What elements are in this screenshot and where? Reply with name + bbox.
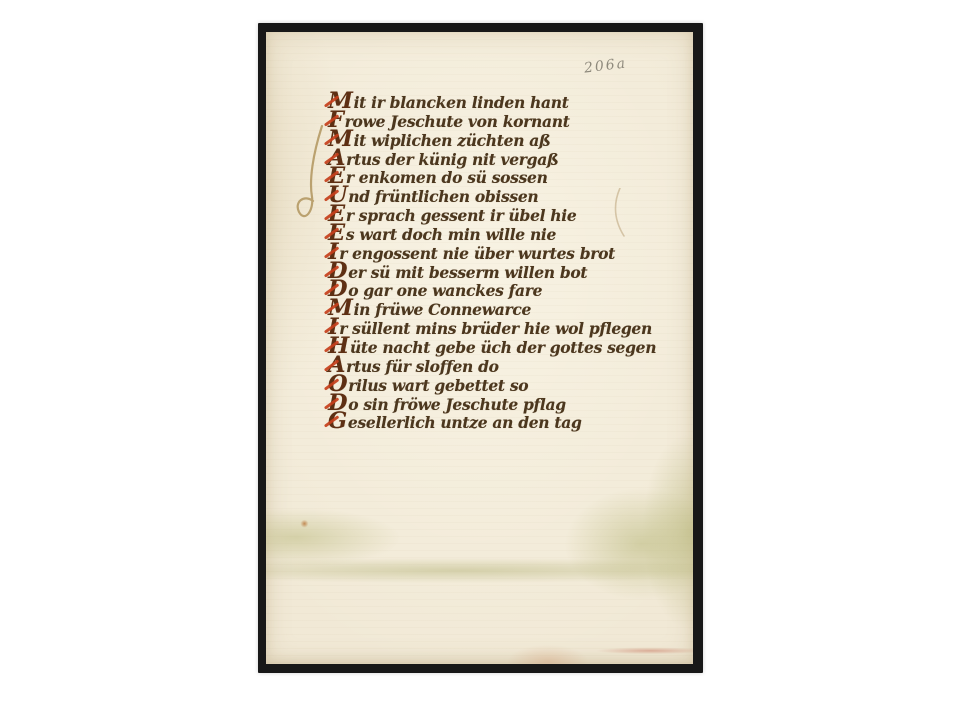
- pen-flourish-left-margin: [294, 124, 332, 228]
- manuscript-page: 206a Mit ir blancken linden hant Frowe J…: [266, 32, 693, 664]
- verse-line: Do gar one wanckes fare: [328, 280, 687, 299]
- verse-line: Do sin fröwe Jeschute pflag: [328, 394, 687, 413]
- verse-line: Orilus wart gebettet so: [328, 375, 687, 394]
- verse-line: Mit ir blancken linden hant: [328, 92, 687, 111]
- verse-line: Der sü mit besserm willen bot: [328, 262, 687, 281]
- verse-line: Frowe Jeschute von kornant: [328, 111, 687, 130]
- verse-line: Ir süllent mins brüder hie wol pflegen: [328, 318, 687, 337]
- verse-line: Min früwe Connewarce: [328, 299, 687, 318]
- verse-line: Er enkomen do sü sossen: [328, 167, 687, 186]
- verse-line: Und früntlichen obissen: [328, 186, 687, 205]
- verse-text-block: Mit ir blancken linden hant Frowe Jeschu…: [328, 92, 687, 431]
- verse-line: Artus für sloffen do: [328, 356, 687, 375]
- verse-line: Artus der künig nit vergaß: [328, 149, 687, 168]
- verse-line: Mit wiplichen züchten aß: [328, 130, 687, 149]
- verse-line: Er sprach gessent ir übel hie: [328, 205, 687, 224]
- verse-line: Hüte nacht gebe üch der gottes segen: [328, 337, 687, 356]
- folio-number-annotation: 206a: [583, 55, 628, 76]
- verse-line: Ir engossent nie über wurtes brot: [328, 243, 687, 262]
- verse-line: Es wart doch min wille nie: [328, 224, 687, 243]
- manuscript-photo-frame: 206a Mit ir blancken linden hant Frowe J…: [258, 23, 703, 673]
- verse-line: Gesellerlich untze an den tag: [328, 412, 687, 431]
